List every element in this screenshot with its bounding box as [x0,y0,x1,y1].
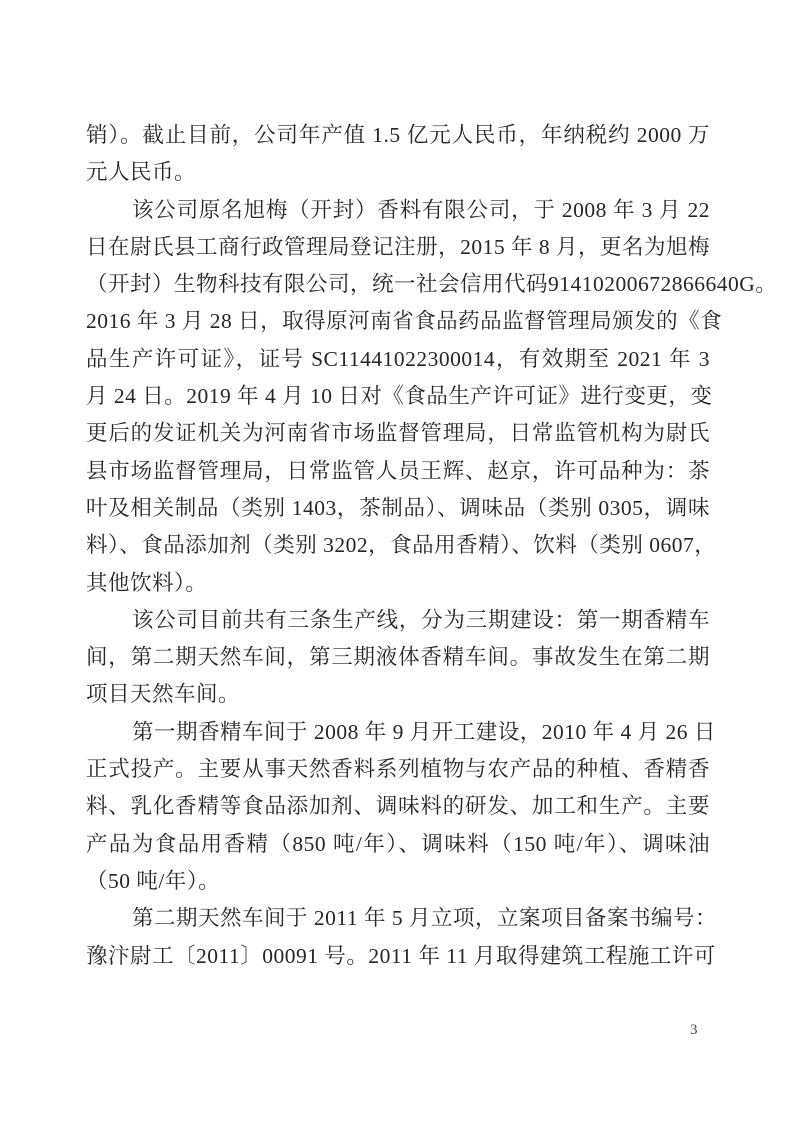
document-page: 销）。截止目前，公司年产值 1.5 亿元人民币，年纳税约 2000 万元人民币。… [0,0,796,1122]
text-line: 豫汴尉工〔2011〕00091 号。2011 年 11 月取得建筑工程施工许可 [86,938,710,975]
text-line: 月 24 日。2019 年 4 月 10 日对《食品生产许可证》进行变更，变 [86,378,710,415]
text-line: （50 吨/年）。 [86,863,710,900]
text-line: 第一期香精车间于 2008 年 9 月开工建设，2010 年 4 月 26 日 [86,714,710,751]
document-body: 销）。截止目前，公司年产值 1.5 亿元人民币，年纳税约 2000 万元人民币。… [86,117,710,975]
text-line: （开封）生物科技有限公司，统一社会信用代码91410200672866640G。 [86,266,710,303]
text-line: 正式投产。主要从事天然香料系列植物与农产品的种植、香精香 [86,751,710,788]
page-number: 3 [690,1020,698,1040]
text-line: 销）。截止目前，公司年产值 1.5 亿元人民币，年纳税约 2000 万 [86,117,710,154]
text-line: 品生产许可证》，证号 SC11441022300014，有效期至 2021 年 … [86,341,710,378]
text-line: 产品为食品用香精（850 吨/年）、调味料（150 吨/年）、调味油 [86,826,710,863]
text-line: 叶及相关制品（类别 1403，茶制品）、调味品（类别 0305，调味 [86,490,710,527]
text-line: 元人民币。 [86,154,710,191]
text-line: 间，第二期天然车间，第三期液体香精车间。事故发生在第二期 [86,639,710,676]
text-line: 料、乳化香精等食品添加剂、调味料的研发、加工和生产。主要 [86,788,710,825]
text-line: 料）、食品添加剂（类别 3202，食品用香精）、饮料（类别 0607， [86,527,710,564]
text-line: 2016 年 3 月 28 日，取得原河南省食品药品监督管理局颁发的《食 [86,303,710,340]
text-line: 更后的发证机关为河南省市场监督管理局，日常监管机构为尉氏 [86,415,710,452]
text-line: 日在尉氏县工商行政管理局登记注册，2015 年 8 月，更名为旭梅 [86,229,710,266]
text-line: 其他饮料）。 [86,565,710,602]
text-line: 项目天然车间。 [86,676,710,713]
text-line: 该公司原名旭梅（开封）香料有限公司，于 2008 年 3 月 22 [86,192,710,229]
text-line: 该公司目前共有三条生产线，分为三期建设：第一期香精车 [86,602,710,639]
text-line: 第二期天然车间于 2011 年 5 月立项，立案项目备案书编号： [86,900,710,937]
text-line: 县市场监督管理局，日常监管人员王辉、赵京，许可品种为：茶 [86,453,710,490]
